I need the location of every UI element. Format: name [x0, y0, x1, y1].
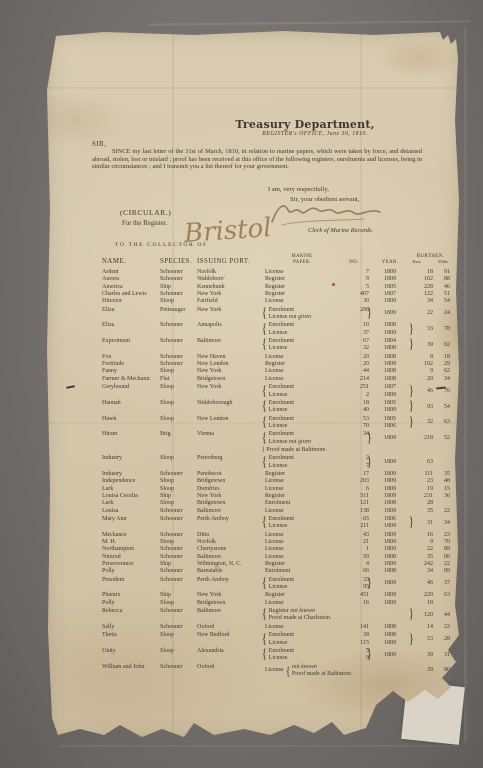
marine-paper-cell: License: [265, 624, 339, 631]
plastic-sleeve-edge: [60, 745, 460, 747]
table-row: PollySchoonerBarnstableEnrolment66180834…: [102, 568, 454, 575]
col-header-no: NO.: [339, 260, 369, 265]
marine-paper-cell: License: [265, 376, 339, 383]
table-row: LarkSloopBridgetownEnrolment121180828: [102, 500, 454, 507]
marine-paper-cell: Register: [265, 471, 339, 478]
marine-paper-cell: {EnrolmentLicense: [265, 384, 339, 399]
brace-glyph: }: [409, 633, 414, 647]
marine-paper-cell: License: [265, 532, 339, 539]
office-dateline: REGISTER's OFFICE, June 30, 1810.: [220, 131, 410, 137]
brace-glyph: {: [262, 577, 267, 591]
marine-paper-cell: License: [265, 354, 339, 361]
col-header-port: ISSUING PORT.: [197, 258, 265, 265]
marine-paper-cell: License{not knownProof made at Baltimore…: [265, 664, 339, 679]
table-row: MechanceSchoonerDittoLicense4318091623: [102, 532, 454, 539]
marine-paper-cell: License: [265, 539, 339, 546]
col-header-burthen: BURTHEN. Tons.95ths.: [411, 254, 450, 265]
table-row: GreyhoundSloopNew York{EnrolmentLicense2…: [102, 384, 454, 399]
col-header-name: NAME.: [102, 258, 160, 265]
department-title: Treasury Department,: [220, 118, 390, 131]
table-row: PerseveranceShipWilmington, N. C.Registe…: [102, 561, 454, 568]
plastic-sleeve-edge: [464, 26, 467, 742]
table-row: William and JohnSchoonerOxfordLicense{no…: [102, 664, 454, 679]
brace-glyph: {: [262, 416, 267, 430]
table-row: PresidentSchoonerPerth Amboy{EnrolmentLi…: [102, 577, 454, 592]
table-row: FannySloopNew YorkLicense441808962: [102, 368, 454, 375]
marine-paper-cell: {EnrolmentLicense: [265, 322, 339, 337]
marine-paper-cell: {EnrolmentLicense: [265, 577, 339, 592]
brace-glyph: {: [262, 385, 267, 399]
marine-paper-cell: Register: [265, 284, 339, 291]
table-row: HiramBrigVienna{EnrolmentLicense not giv…: [102, 431, 454, 446]
table-row: AmericaShipKennebunkRegister5180522846: [102, 284, 454, 291]
table-row: Mary AnnSchoonerPerth Amboy{EnrolmentLic…: [102, 516, 454, 531]
ink-dash: [66, 385, 75, 388]
table-row: DirectorSloopFairfieldLicense3018093454: [102, 298, 454, 305]
table-row: ElizaPetteaugerNew York{EnrolmentLicense…: [102, 307, 454, 322]
table-row: AuroraSchoonerWaldoboro'Register91809102…: [102, 276, 454, 283]
collector-port-handwriting: Bristol: [183, 213, 273, 249]
table-row: Farmer & MechanicFlatBridgetownLicense21…: [102, 376, 454, 383]
table-row: LouisaSchoonerBaltimoreLicense1381809352…: [102, 508, 454, 515]
table-row: HannahSloopWaldoborough{EnrolmentLicense…: [102, 400, 454, 415]
brace-glyph: {: [262, 400, 267, 414]
brace-glyph: }: [409, 400, 414, 414]
photo-stage: (CIRCULAR.) Treasury Department, REGISTE…: [0, 0, 483, 768]
table-header: NAME. SPECIES. ISSUING PORT. MARINEPAPER…: [102, 254, 450, 265]
marine-paper-cell: {EnrolmentLicense: [265, 416, 339, 431]
table-row: IndependenceSloopBridgetownLicense203180…: [102, 478, 454, 485]
marine-paper-cell: License: [265, 508, 339, 515]
marine-paper-cell: License: [265, 554, 339, 561]
table-row: FortitudeSchoonerNew LondonRegister20180…: [102, 361, 454, 368]
clerk-title: Clerk of Marine Records.: [308, 227, 373, 234]
table-row: ExperimentSchoonerBaltimore{EnrolmentLic…: [102, 338, 454, 353]
marine-paper-cell: Register: [265, 592, 339, 599]
table-row: IndustrySloopPetersburg{EnrolmentLicense…: [102, 455, 454, 470]
marine-paper-cell: {EnrolmentLicense: [265, 338, 339, 353]
col-header-species: SPECIES.: [160, 258, 197, 265]
table-row: RebeccaSchoonerBaltimore{Register not kn…: [102, 608, 454, 623]
marine-paper-cell: {EnrolmentLicense: [265, 516, 339, 531]
marine-paper-cell: {EnrolmentLicense: [265, 648, 339, 663]
salutation: SIR,: [92, 140, 106, 148]
brace-glyph: {: [262, 338, 267, 352]
table-row: ArdentSchoonerNorfolkLicense718091891: [102, 269, 454, 276]
table-row: ElizaSchoonerAnnapolis{EnrolmentLicense1…: [102, 322, 454, 337]
brace-glyph: {: [262, 456, 267, 470]
table-row-footnote: { Proof made at Baltimore.: [102, 447, 454, 454]
signature-handwriting: [268, 198, 388, 230]
brace-glyph: {: [262, 323, 267, 337]
marine-paper-cell: {EnrolmentLicense not given: [265, 307, 339, 322]
marine-paper-cell: License: [265, 478, 339, 485]
document-paper: (CIRCULAR.) Treasury Department, REGISTE…: [44, 30, 462, 742]
marine-paper-cell: Register: [265, 561, 339, 568]
brace-glyph: }: [409, 516, 414, 530]
marine-paper-cell: License: [265, 298, 339, 305]
marine-paper-cell: Register: [265, 291, 339, 298]
marine-paper-cell: License: [265, 486, 339, 493]
marine-paper-cell: Register: [265, 493, 339, 500]
table-row: FoxSchoonerNew HavenLicense201808818: [102, 354, 454, 361]
table-row: PhœnixShipNew YorkRegister451180922063: [102, 592, 454, 599]
marine-paper-cell: {EnrolmentLicense not given: [265, 431, 339, 446]
table-row: IndustrySchoonerPenobscotRegister1718091…: [102, 471, 454, 478]
marine-paper-cell: {Register not knownProof made at Charles…: [265, 608, 339, 623]
col-header-year: YEAR.: [369, 260, 411, 265]
table-row: Louisa CeceliaShipNew YorkRegister511180…: [102, 493, 454, 500]
marine-paper-cell: {EnrolmentLicense: [265, 632, 339, 647]
marine-paper-cell: {EnrolmentLicense: [265, 400, 339, 415]
brace-glyph: {: [262, 432, 267, 446]
brace-glyph: {: [262, 608, 267, 622]
brace-glyph: }: [409, 338, 414, 352]
brace-glyph: {: [285, 664, 290, 677]
table-row: UnitySloopAlexandria{EnrolmentLicense59}…: [102, 648, 454, 663]
marine-paper-cell: Enrolment: [265, 568, 339, 575]
brace-glyph: {: [262, 516, 267, 530]
brace-glyph: }: [409, 416, 414, 430]
fold-crease: [44, 87, 462, 89]
marine-paper-cell: Register: [265, 276, 339, 283]
table-row: NorthamptonSchoonerCherrystoneLicense118…: [102, 546, 454, 553]
table-row: LarkSloopDumfriesLicense618091915: [102, 486, 454, 493]
table-row: ThetisSloopNew Bedford{EnrolmentLicense3…: [102, 632, 454, 647]
brace-glyph: }: [409, 385, 414, 399]
table-row: M. H.SloopNorfolkLicense211809970: [102, 539, 454, 546]
marine-paper-cell: License: [265, 546, 339, 553]
brace-glyph: {: [262, 633, 267, 647]
plastic-sleeve-edge: [148, 20, 470, 25]
marine-paper-cell: {EnrolmentLicense: [265, 455, 339, 470]
brace-glyph: {: [262, 307, 267, 321]
table-row: NimrodSchoonerBaltimoreLicense5918083506: [102, 554, 454, 561]
table-row: SallySchoonerOxfordLicense14118081422: [102, 624, 454, 631]
table-rows: ArdentSchoonerNorfolkLicense718091891Aur…: [102, 269, 454, 679]
brace-glyph: {: [262, 648, 267, 662]
brace-glyph: }: [409, 608, 414, 622]
marine-paper-cell: Register: [265, 361, 339, 368]
closing-line-1: I am, very respectfully,: [268, 186, 329, 193]
table-row: HawkSloopNew London{EnrolmentLicense5370…: [102, 416, 454, 431]
marine-paper-cell: License: [265, 600, 339, 607]
marine-paper-cell: License: [265, 269, 339, 276]
letter-body: SINCE my last letter of the 31st of Marc…: [92, 148, 422, 171]
brace-glyph: }: [409, 323, 414, 337]
table-row: Charles and LewisSchoonerNew YorkRegiste…: [102, 291, 454, 298]
circular-label: (CIRCULAR.): [120, 208, 171, 217]
for-register-line: For the Register.: [122, 220, 167, 227]
marine-paper-cell: License: [265, 368, 339, 375]
col-header-marine-paper: MARINEPAPER.: [265, 254, 339, 264]
table-row: PollySloopBridgetownLicense16180918: [102, 600, 454, 607]
marine-paper-cell: Enrolment: [265, 500, 339, 507]
